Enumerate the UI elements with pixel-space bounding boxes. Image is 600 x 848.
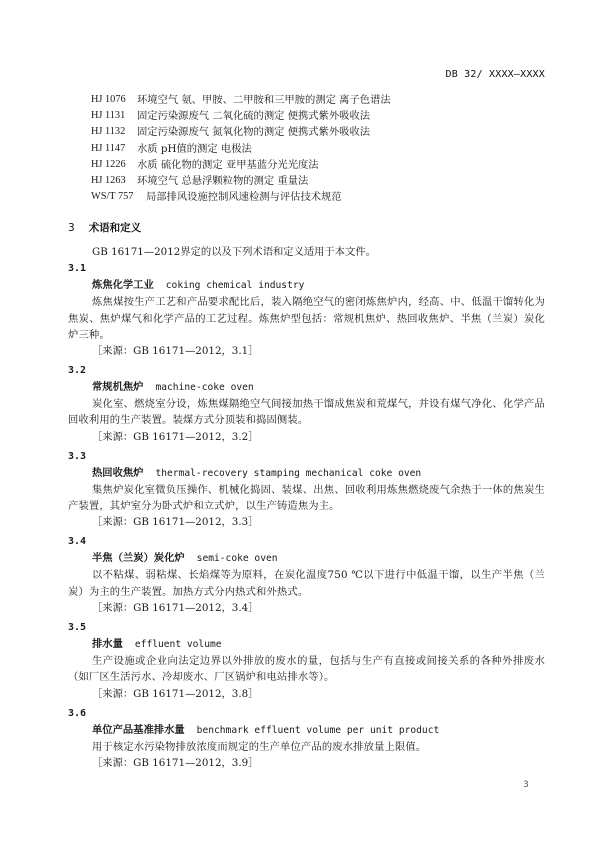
term-source: ［来源：GB 16171—2012，3.1］ [68, 343, 545, 360]
term-number: 3.6 [68, 705, 545, 722]
reference-item: HJ 1226 水质 硫化物的测定 亚甲基蓝分光光度法 [91, 157, 391, 173]
reference-code: HJ 1147 [91, 141, 137, 157]
term-name-en: effluent volume [135, 639, 222, 650]
term-name: 常规机焦炉machine-coke oven [68, 379, 545, 396]
reference-code: HJ 1076 [91, 92, 137, 108]
term-name: 排水量effluent volume [68, 636, 545, 653]
term-name-en: thermal-recovery stamping mechanical cok… [155, 468, 421, 479]
section-title: 术语和定义 [89, 222, 142, 234]
term-name-zh: 单位产品基准排水量 [92, 724, 185, 736]
reference-item: HJ 1076 环境空气 氨、甲胺、二甲胺和三甲胺的测定 离子色谱法 [91, 92, 391, 108]
reference-item: WS/T 757 局部排风设施控制风速检测与评估技术规范 [91, 189, 391, 205]
term-source: ［来源：GB 16171—2012，3.9］ [68, 755, 545, 772]
reference-title: 水质 pH值的测定 电极法 [137, 141, 252, 157]
term-name-en: benchmark effluent volume per unit produ… [197, 725, 440, 736]
term-name-zh: 排水量 [92, 638, 123, 650]
term-definition: 炼焦煤按生产工艺和产品要求配比后，装入隔绝空气的密闭炼焦炉内，经高、中、低温干馏… [68, 294, 545, 343]
section-heading: 3术语和定义 [68, 220, 141, 235]
term-name: 半焦（兰炭）炭化炉semi-coke oven [68, 550, 545, 567]
term-name-zh: 半焦（兰炭）炭化炉 [92, 552, 185, 564]
term-name-en: machine-coke oven [155, 382, 253, 393]
reference-code: WS/T 757 [91, 189, 146, 205]
reference-code: HJ 1131 [91, 108, 137, 124]
reference-title: 水质 硫化物的测定 亚甲基蓝分光光度法 [137, 157, 319, 173]
term-definition: 集焦炉炭化室微负压操作、机械化捣固、装煤、出焦、回收利用炼焦燃烧废气余热于一体的… [68, 482, 545, 515]
reference-title: 固定污染源废气 二氧化硫的测定 便携式紫外吸收法 [137, 108, 370, 124]
term-number: 3.4 [68, 533, 545, 550]
term-number: 3.1 [68, 260, 545, 277]
term-name: 单位产品基准排水量benchmark effluent volume per u… [68, 722, 545, 739]
term-name-en: coking chemical industry [166, 280, 305, 291]
reference-title: 固定污染源废气 氮氧化物的测定 便携式紫外吸收法 [137, 124, 370, 140]
term-name-zh: 炼焦化学工业 [92, 279, 154, 291]
term-number: 3.5 [68, 619, 545, 636]
term-entry: 3.6 单位产品基准排水量benchmark effluent volume p… [68, 705, 545, 772]
term-number: 3.3 [68, 448, 545, 465]
reference-code: HJ 1132 [91, 124, 137, 140]
term-source: ［来源：GB 16171—2012，3.8］ [68, 686, 545, 703]
term-name: 炼焦化学工业coking chemical industry [68, 277, 545, 294]
reference-title: 环境空气 总悬浮颗粒物的测定 重量法 [137, 173, 308, 189]
term-definition: 生产设施或企业向法定边界以外排放的废水的量，包括与生产有直接或间接关系的各种外排… [68, 653, 545, 686]
term-entry: 3.4 半焦（兰炭）炭化炉semi-coke oven 以不粘煤、弱粘煤、长焰煤… [68, 533, 545, 617]
term-entry: 3.3 热回收焦炉thermal-recovery stamping mecha… [68, 448, 545, 532]
reference-title: 环境空气 氨、甲胺、二甲胺和三甲胺的测定 离子色谱法 [137, 92, 391, 108]
reference-code: HJ 1226 [91, 157, 137, 173]
reference-item: HJ 1147 水质 pH值的测定 电极法 [91, 141, 391, 157]
term-source: ［来源：GB 16171—2012，3.3］ [68, 514, 545, 531]
term-name-zh: 常规机焦炉 [92, 381, 143, 393]
reference-code: HJ 1263 [91, 173, 137, 189]
term-source: ［来源：GB 16171—2012，3.4］ [68, 600, 545, 617]
document-code-header: DB 32/ XXXX—XXXX [445, 69, 545, 80]
page-number: 3 [523, 780, 529, 790]
term-entry: 3.1 炼焦化学工业coking chemical industry 炼焦煤按生… [68, 260, 545, 360]
term-definition: 炭化室、燃烧室分设，炼焦煤隔绝空气间接加热干馏成焦炭和荒煤气，并设有煤气净化、化… [68, 396, 545, 429]
term-entry: 3.2 常规机焦炉machine-coke oven 炭化室、燃烧室分设，炼焦煤… [68, 362, 545, 446]
term-name-zh: 热回收焦炉 [92, 467, 143, 479]
reference-item: HJ 1132 固定污染源废气 氮氧化物的测定 便携式紫外吸收法 [91, 124, 391, 140]
reference-item: HJ 1263 环境空气 总悬浮颗粒物的测定 重量法 [91, 173, 391, 189]
section-intro: GB 16171—2012界定的以及下列术语和定义适用于本文件。 [68, 244, 545, 260]
normative-reference-list: HJ 1076 环境空气 氨、甲胺、二甲胺和三甲胺的测定 离子色谱法 HJ 11… [91, 92, 391, 205]
term-name: 热回收焦炉thermal-recovery stamping mechanica… [68, 465, 545, 482]
term-definition: 用于核定水污染物排放浓度而规定的生产单位产品的废水排放量上限值。 [68, 739, 545, 755]
term-number: 3.2 [68, 362, 545, 379]
reference-title: 局部排风设施控制风速检测与评估技术规范 [146, 189, 342, 205]
term-definition: 以不粘煤、弱粘煤、长焰煤等为原料，在炭化温度750 ℃以下进行中低温干馏，以生产… [68, 567, 545, 600]
term-name-en: semi-coke oven [197, 553, 278, 564]
terms-and-definitions: GB 16171—2012界定的以及下列术语和定义适用于本文件。 3.1 炼焦化… [68, 244, 545, 774]
section-number: 3 [68, 222, 75, 234]
term-source: ［来源：GB 16171—2012，3.2］ [68, 429, 545, 446]
reference-item: HJ 1131 固定污染源废气 二氧化硫的测定 便携式紫外吸收法 [91, 108, 391, 124]
term-entry: 3.5 排水量effluent volume 生产设施或企业向法定边界以外排放的… [68, 619, 545, 703]
